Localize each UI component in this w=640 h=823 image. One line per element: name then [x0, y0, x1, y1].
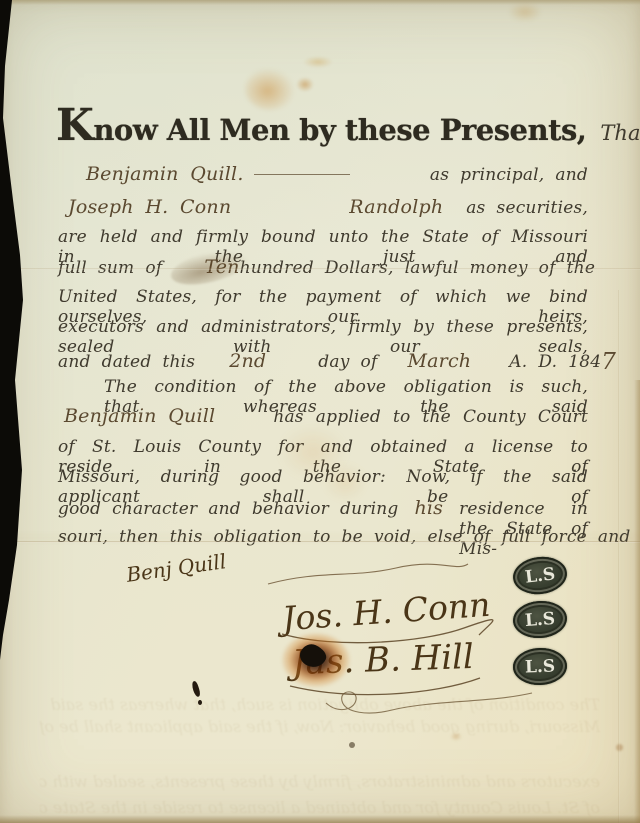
bleedthrough-text: Missouri, during good behavior: Now, if … — [40, 717, 600, 736]
document-heading: Know All Men by these Presents, That We, — [56, 100, 600, 151]
principal-label: as principal, and — [430, 165, 588, 185]
dated-pre: and dated this — [58, 352, 195, 372]
seal-label: L.S — [524, 564, 556, 588]
line-dated: and dated this 2nd day of March A. D. 18… — [58, 347, 588, 373]
bleedthrough-text: The condition of the above obligation is… — [40, 695, 600, 714]
behavior-pre: good character and behavior during — [58, 499, 398, 519]
paper-edge — [0, 0, 640, 5]
line-securities: Joseph H. Conn Randolph as securities, — [58, 196, 588, 218]
heading-blackletter: Know All Men by these Presents, — [56, 100, 586, 151]
fold-crease — [0, 268, 640, 270]
bleedthrough-text: executors and administrators, firmly by … — [40, 772, 600, 791]
seal-label: L.S — [525, 656, 556, 677]
securities-label: as securities, — [466, 198, 588, 218]
handwritten-security-name: Joseph H. Conn — [68, 196, 231, 218]
handwritten-month: March — [407, 350, 471, 372]
condition-post: has applied to the County Court — [273, 407, 588, 427]
handwritten-principal-name: Benjamin Quill. — [86, 163, 244, 185]
blank-line-dash — [254, 174, 350, 175]
line-sum: full sum of Ten hundred Dollars, lawful … — [58, 256, 588, 278]
handwritten-his: his — [414, 497, 443, 519]
handwritten-sum-amount: Ten — [204, 256, 239, 278]
fold-crease — [0, 541, 640, 543]
handwritten-condition-name: Benjamin Quill — [64, 405, 215, 427]
scanned-document: The condition of the above obligation is… — [0, 0, 640, 823]
handwritten-year-digit: 7 — [601, 349, 616, 375]
line-principal: Benjamin Quill. as principal, and — [58, 163, 588, 185]
handwritten-security-county: Randolph — [349, 196, 443, 218]
seal-label: L.S — [524, 608, 555, 630]
dated-year-printed: A. D. 184 — [509, 352, 601, 372]
handwritten-day: 2nd — [229, 350, 266, 372]
line-applicant: Benjamin Quill has applied to the County… — [58, 405, 588, 427]
heading-script: That We, — [600, 121, 640, 145]
ink-dot — [198, 700, 202, 705]
paper-edge — [0, 815, 640, 823]
dated-mid: day of — [318, 352, 377, 372]
line-void: souri, then this obligation to be void, … — [58, 527, 588, 547]
paper-edge — [634, 380, 640, 823]
fold-crease-vertical — [618, 290, 620, 823]
